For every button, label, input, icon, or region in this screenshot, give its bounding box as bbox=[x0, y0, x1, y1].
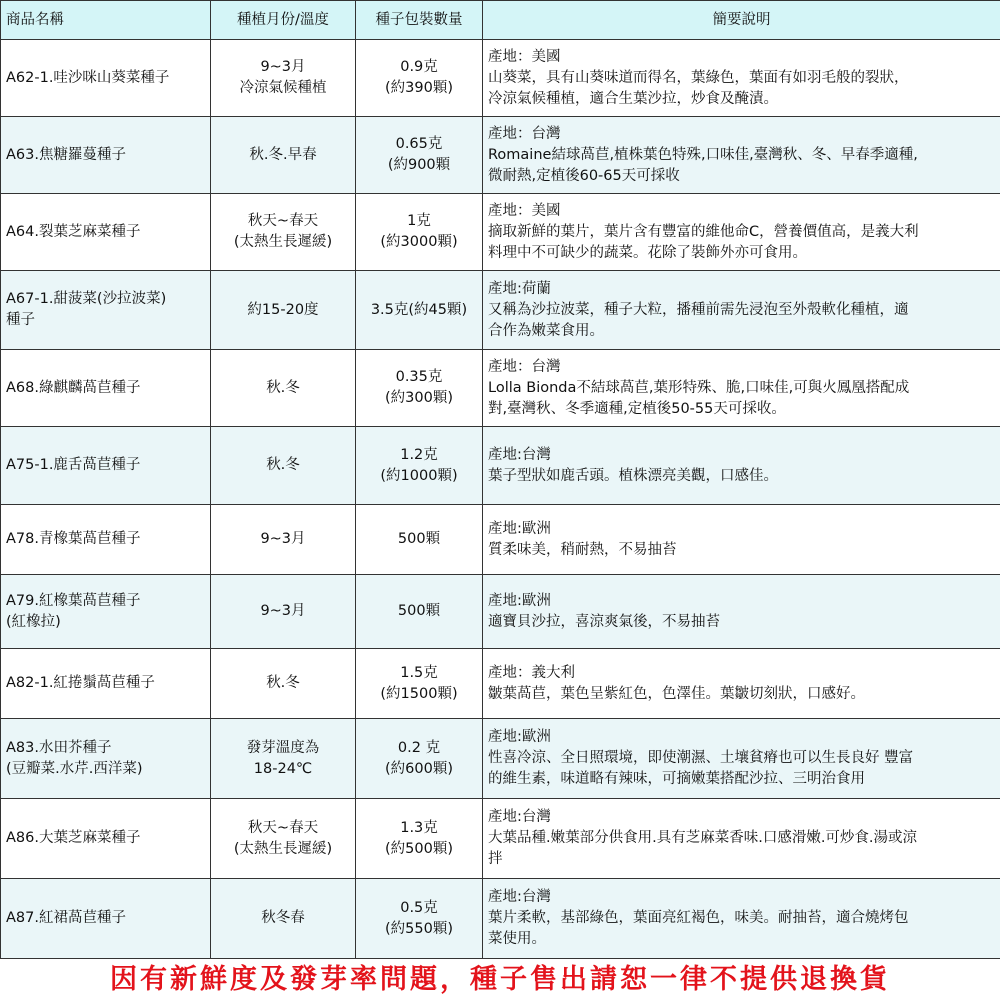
description-cell: 產地:荷蘭又稱為沙拉波菜，種子大粒，播種前需先浸泡至外殼軟化種植，適合作為嫩菜食… bbox=[483, 271, 1000, 350]
package-quantity-cell: 500顆 bbox=[356, 575, 483, 649]
product-name-cell-line: A79.紅橡葉萵苣種子 bbox=[6, 591, 205, 612]
product-name-cell-line: A83.水田芥種子 bbox=[6, 738, 205, 759]
planting-season-cell-line: 約15-20度 bbox=[216, 300, 350, 321]
description-cell: 產地：台灣Romaine結球萵苣,植株葉色特殊,口味佳,臺灣秋、冬、早春季適種,… bbox=[483, 117, 1000, 194]
package-quantity-cell-line: 1.3克 bbox=[361, 818, 477, 839]
planting-season-cell: 秋天~春天(太熱生長遲緩) bbox=[211, 799, 356, 879]
description-cell-line: 料理中不可缺少的蔬菜。花除了裝飾外亦可食用。 bbox=[488, 243, 995, 264]
product-name-cell-line: A75-1.鹿舌萵苣種子 bbox=[6, 455, 205, 476]
description-cell-line: 產地：美國 bbox=[488, 201, 995, 222]
package-quantity-cell-line: 500顆 bbox=[361, 529, 477, 550]
table-row: A82-1.紅捲鬚萵苣種子秋.冬1.5克(約1500顆)產地：義大利皺葉萵苣，葉… bbox=[1, 649, 1000, 719]
description-cell: 產地:歐洲適寶貝沙拉，喜涼爽氣後，不易抽苔 bbox=[483, 575, 1000, 649]
product-name-cell: A83.水田芥種子(豆瓣菜.水芹.西洋菜) bbox=[1, 719, 211, 799]
table-body: A62-1.哇沙咪山葵菜種子9~3月冷涼氣候種植0.9克(約390顆)產地：美國… bbox=[1, 40, 1000, 959]
header-product-name: 商品名稱 bbox=[1, 1, 211, 40]
table-row: A78.青橡葉萵苣種子9~3月500顆產地:歐洲質柔味美，稍耐熱，不易抽苔 bbox=[1, 505, 1000, 575]
description-cell-line: 質柔味美，稍耐熱，不易抽苔 bbox=[488, 540, 995, 561]
header-planting-season: 種植月份/溫度 bbox=[211, 1, 356, 40]
description-cell: 產地:台灣葉片柔軟，基部綠色，葉面亮紅褐色，味美。耐抽苔，適合燒烤包菜使用。 bbox=[483, 879, 1000, 959]
description-cell-line: 產地：美國 bbox=[488, 47, 995, 68]
package-quantity-cell-line: 1克 bbox=[361, 211, 477, 232]
planting-season-cell-line: 冷涼氣候種植 bbox=[216, 78, 350, 99]
description-cell-line: 對,臺灣秋、冬季適種,定植後50-55天可採收。 bbox=[488, 399, 995, 420]
planting-season-cell: 9~3月 bbox=[211, 575, 356, 649]
package-quantity-cell: 0.65克(約900顆 bbox=[356, 117, 483, 194]
package-quantity-cell-line: (約1500顆) bbox=[361, 684, 477, 705]
description-cell-line: 皺葉萵苣，葉色呈紫紅色，色澤佳。葉皺切刻狀，口感好。 bbox=[488, 684, 995, 705]
product-name-cell: A63.焦糖羅蔓種子 bbox=[1, 117, 211, 194]
package-quantity-cell-line: 0.2 克 bbox=[361, 738, 477, 759]
product-name-cell: A68.綠麒麟萵苣種子 bbox=[1, 350, 211, 427]
planting-season-cell: 秋天~春天(太熱生長遲緩) bbox=[211, 194, 356, 271]
description-cell-line: 產地:歐洲 bbox=[488, 727, 995, 748]
product-name-cell-line: (紅橡拉) bbox=[6, 612, 205, 633]
planting-season-cell: 9~3月 bbox=[211, 505, 356, 575]
product-name-cell-line: A87.紅裙萵苣種子 bbox=[6, 908, 205, 929]
package-quantity-cell-line: 0.35克 bbox=[361, 367, 477, 388]
package-quantity-cell-line: (約600顆) bbox=[361, 759, 477, 780]
planting-season-cell: 秋冬春 bbox=[211, 879, 356, 959]
product-name-cell: A62-1.哇沙咪山葵菜種子 bbox=[1, 40, 211, 117]
description-cell-line: 冷涼氣候種植，適合生葉沙拉，炒食及醃漬。 bbox=[488, 89, 995, 110]
description-cell: 產地:台灣大葉品種.嫩葉部分供食用.具有芝麻菜香味.口感滑嫩.可炒食.湯或涼拌 bbox=[483, 799, 1000, 879]
table-row: A67-1.甜菠菜(沙拉波菜)種子約15-20度3.5克(約45顆)產地:荷蘭又… bbox=[1, 271, 1000, 350]
planting-season-cell: 秋.冬 bbox=[211, 350, 356, 427]
description-cell-line: 產地:歐洲 bbox=[488, 519, 995, 540]
header-package-quantity: 種子包裝數量 bbox=[356, 1, 483, 40]
description-cell-line: 的維生素，味道略有辣味，可摘嫩葉搭配沙拉、三明治食用 bbox=[488, 769, 995, 790]
description-cell: 產地:歐洲質柔味美，稍耐熱，不易抽苔 bbox=[483, 505, 1000, 575]
planting-season-cell-line: 秋天~春天 bbox=[216, 818, 350, 839]
planting-season-cell: 9~3月冷涼氣候種植 bbox=[211, 40, 356, 117]
package-quantity-cell: 3.5克(約45顆) bbox=[356, 271, 483, 350]
description-cell-line: Romaine結球萵苣,植株葉色特殊,口味佳,臺灣秋、冬、早春季適種, bbox=[488, 145, 995, 166]
description-cell-line: 大葉品種.嫩葉部分供食用.具有芝麻菜香味.口感滑嫩.可炒食.湯或涼 bbox=[488, 828, 995, 849]
product-name-cell-line: A63.焦糖羅蔓種子 bbox=[6, 145, 205, 166]
description-cell-line: 產地:歐洲 bbox=[488, 591, 995, 612]
planting-season-cell-line: 秋天~春天 bbox=[216, 211, 350, 232]
package-quantity-cell-line: (約300顆) bbox=[361, 388, 477, 409]
planting-season-cell: 秋.冬 bbox=[211, 427, 356, 505]
planting-season-cell-line: 秋.冬.早春 bbox=[216, 145, 350, 166]
planting-season-cell-line: 秋.冬 bbox=[216, 378, 350, 399]
planting-season-cell-line: 發芽溫度為 bbox=[216, 738, 350, 759]
package-quantity-cell: 0.5克(約550顆) bbox=[356, 879, 483, 959]
description-cell-line: 合作為嫩菜食用。 bbox=[488, 321, 995, 342]
product-name-cell: A75-1.鹿舌萵苣種子 bbox=[1, 427, 211, 505]
table-header-row: 商品名稱 種植月份/溫度 種子包裝數量 簡要說明 bbox=[1, 1, 1000, 40]
table-row: A79.紅橡葉萵苣種子(紅橡拉)9~3月500顆產地:歐洲適寶貝沙拉，喜涼爽氣後… bbox=[1, 575, 1000, 649]
table-row: A87.紅裙萵苣種子秋冬春0.5克(約550顆)產地:台灣葉片柔軟，基部綠色，葉… bbox=[1, 879, 1000, 959]
description-cell: 產地：義大利皺葉萵苣，葉色呈紫紅色，色澤佳。葉皺切刻狀，口感好。 bbox=[483, 649, 1000, 719]
package-quantity-cell-line: 1.2克 bbox=[361, 445, 477, 466]
table-row: A83.水田芥種子(豆瓣菜.水芹.西洋菜)發芽溫度為18-24℃0.2 克(約6… bbox=[1, 719, 1000, 799]
description-cell-line: 微耐熱,定植後60-65天可採收 bbox=[488, 166, 995, 187]
package-quantity-cell: 1.5克(約1500顆) bbox=[356, 649, 483, 719]
product-name-cell: A64.裂葉芝麻菜種子 bbox=[1, 194, 211, 271]
product-name-cell: A86.大葉芝麻菜種子 bbox=[1, 799, 211, 879]
description-cell: 產地：美國山葵菜，具有山葵味道而得名，葉綠色，葉面有如羽毛般的裂狀，冷涼氣候種植… bbox=[483, 40, 1000, 117]
no-return-notice: 因有新鮮度及發芽率問題，種子售出請恕一律不提供退換貨 bbox=[0, 960, 1000, 1000]
planting-season-cell-line: 18-24℃ bbox=[216, 759, 350, 780]
package-quantity-cell-line: 0.65克 bbox=[361, 134, 477, 155]
product-name-cell-line: 種子 bbox=[6, 310, 205, 331]
package-quantity-cell-line: 1.5克 bbox=[361, 663, 477, 684]
planting-season-cell-line: 9~3月 bbox=[216, 529, 350, 550]
planting-season-cell-line: (太熱生長遲緩) bbox=[216, 839, 350, 860]
description-cell-line: 葉片柔軟，基部綠色，葉面亮紅褐色，味美。耐抽苔，適合燒烤包 bbox=[488, 908, 995, 929]
product-name-cell-line: A64.裂葉芝麻菜種子 bbox=[6, 222, 205, 243]
product-name-cell: A87.紅裙萵苣種子 bbox=[1, 879, 211, 959]
header-description: 簡要說明 bbox=[483, 1, 1000, 40]
package-quantity-cell: 500顆 bbox=[356, 505, 483, 575]
planting-season-cell-line: 秋.冬 bbox=[216, 673, 350, 694]
planting-season-cell: 秋.冬.早春 bbox=[211, 117, 356, 194]
description-cell-line: 產地:台灣 bbox=[488, 445, 995, 466]
table-row: A68.綠麒麟萵苣種子秋.冬0.35克(約300顆)產地：台灣Lolla Bio… bbox=[1, 350, 1000, 427]
planting-season-cell-line: 秋.冬 bbox=[216, 455, 350, 476]
planting-season-cell-line: (太熱生長遲緩) bbox=[216, 232, 350, 253]
package-quantity-cell: 1克(約3000顆) bbox=[356, 194, 483, 271]
description-cell-line: 摘取新鮮的葉片，葉片含有豐富的維他命C，營養價值高，是義大利 bbox=[488, 222, 995, 243]
product-name-cell: A79.紅橡葉萵苣種子(紅橡拉) bbox=[1, 575, 211, 649]
product-name-cell-line: A68.綠麒麟萵苣種子 bbox=[6, 378, 205, 399]
product-name-cell-line: (豆瓣菜.水芹.西洋菜) bbox=[6, 759, 205, 780]
description-cell: 產地:歐洲性喜冷涼、全日照環境，即使潮濕、土壤貧瘠也可以生長良好 豐富的維生素，… bbox=[483, 719, 1000, 799]
product-name-cell: A82-1.紅捲鬚萵苣種子 bbox=[1, 649, 211, 719]
package-quantity-cell: 0.35克(約300顆) bbox=[356, 350, 483, 427]
package-quantity-cell: 1.3克(約500顆) bbox=[356, 799, 483, 879]
table-row: A64.裂葉芝麻菜種子秋天~春天(太熱生長遲緩)1克(約3000顆)產地：美國摘… bbox=[1, 194, 1000, 271]
product-name-cell-line: A86.大葉芝麻菜種子 bbox=[6, 828, 205, 849]
package-quantity-cell-line: (約900顆 bbox=[361, 155, 477, 176]
description-cell-line: 菜使用。 bbox=[488, 929, 995, 950]
description-cell-line: Lolla Bionda不結球萵苣,葉形特殊、脆,口味佳,可與火鳳凰搭配成 bbox=[488, 378, 995, 399]
package-quantity-cell-line: (約1000顆) bbox=[361, 466, 477, 487]
planting-season-cell-line: 9~3月 bbox=[216, 601, 350, 622]
description-cell: 產地:台灣葉子型狀如鹿舌頭。植株漂亮美觀，口感佳。 bbox=[483, 427, 1000, 505]
product-name-cell-line: A62-1.哇沙咪山葵菜種子 bbox=[6, 68, 205, 89]
package-quantity-cell-line: 0.5克 bbox=[361, 898, 477, 919]
planting-season-cell: 發芽溫度為18-24℃ bbox=[211, 719, 356, 799]
product-name-cell: A67-1.甜菠菜(沙拉波菜)種子 bbox=[1, 271, 211, 350]
package-quantity-cell-line: (約3000顆) bbox=[361, 232, 477, 253]
table-row: A63.焦糖羅蔓種子秋.冬.早春0.65克(約900顆產地：台灣Romaine結… bbox=[1, 117, 1000, 194]
description-cell-line: 又稱為沙拉波菜，種子大粒，播種前需先浸泡至外殼軟化種植，適 bbox=[488, 300, 995, 321]
description-cell-line: 產地：義大利 bbox=[488, 663, 995, 684]
package-quantity-cell: 0.2 克(約600顆) bbox=[356, 719, 483, 799]
table-row: A62-1.哇沙咪山葵菜種子9~3月冷涼氣候種植0.9克(約390顆)產地：美國… bbox=[1, 40, 1000, 117]
description-cell: 產地：美國摘取新鮮的葉片，葉片含有豐富的維他命C，營養價值高，是義大利料理中不可… bbox=[483, 194, 1000, 271]
planting-season-cell-line: 9~3月 bbox=[216, 57, 350, 78]
package-quantity-cell-line: (約390顆) bbox=[361, 78, 477, 99]
description-cell-line: 山葵菜，具有山葵味道而得名，葉綠色，葉面有如羽毛般的裂狀， bbox=[488, 68, 995, 89]
description-cell-line: 產地:台灣 bbox=[488, 807, 995, 828]
package-quantity-cell-line: (約500顆) bbox=[361, 839, 477, 860]
planting-season-cell: 秋.冬 bbox=[211, 649, 356, 719]
package-quantity-cell: 1.2克(約1000顆) bbox=[356, 427, 483, 505]
description-cell-line: 產地:荷蘭 bbox=[488, 279, 995, 300]
planting-season-cell-line: 秋冬春 bbox=[216, 908, 350, 929]
package-quantity-cell-line: 0.9克 bbox=[361, 57, 477, 78]
product-name-cell-line: A78.青橡葉萵苣種子 bbox=[6, 529, 205, 550]
description-cell-line: 性喜冷涼、全日照環境，即使潮濕、土壤貧瘠也可以生長良好 豐富 bbox=[488, 748, 995, 769]
table-row: A86.大葉芝麻菜種子秋天~春天(太熱生長遲緩)1.3克(約500顆)產地:台灣… bbox=[1, 799, 1000, 879]
product-name-cell-line: A67-1.甜菠菜(沙拉波菜) bbox=[6, 289, 205, 310]
description-cell-line: 拌 bbox=[488, 849, 995, 870]
package-quantity-cell-line: 500顆 bbox=[361, 601, 477, 622]
product-name-cell: A78.青橡葉萵苣種子 bbox=[1, 505, 211, 575]
description-cell-line: 產地:台灣 bbox=[488, 887, 995, 908]
table-row: A75-1.鹿舌萵苣種子秋.冬1.2克(約1000顆)產地:台灣葉子型狀如鹿舌頭… bbox=[1, 427, 1000, 505]
package-quantity-cell-line: (約550顆) bbox=[361, 919, 477, 940]
description-cell-line: 葉子型狀如鹿舌頭。植株漂亮美觀，口感佳。 bbox=[488, 466, 995, 487]
planting-season-cell: 約15-20度 bbox=[211, 271, 356, 350]
package-quantity-cell: 0.9克(約390顆) bbox=[356, 40, 483, 117]
package-quantity-cell-line: 3.5克(約45顆) bbox=[361, 300, 477, 321]
description-cell-line: 適寶貝沙拉，喜涼爽氣後，不易抽苔 bbox=[488, 612, 995, 633]
description-cell-line: 產地：台灣 bbox=[488, 357, 995, 378]
description-cell-line: 產地：台灣 bbox=[488, 124, 995, 145]
product-name-cell-line: A82-1.紅捲鬚萵苣種子 bbox=[6, 673, 205, 694]
description-cell: 產地：台灣Lolla Bionda不結球萵苣,葉形特殊、脆,口味佳,可與火鳳凰搭… bbox=[483, 350, 1000, 427]
seed-product-table: 商品名稱 種植月份/溫度 種子包裝數量 簡要說明 A62-1.哇沙咪山葵菜種子9… bbox=[0, 0, 1000, 959]
